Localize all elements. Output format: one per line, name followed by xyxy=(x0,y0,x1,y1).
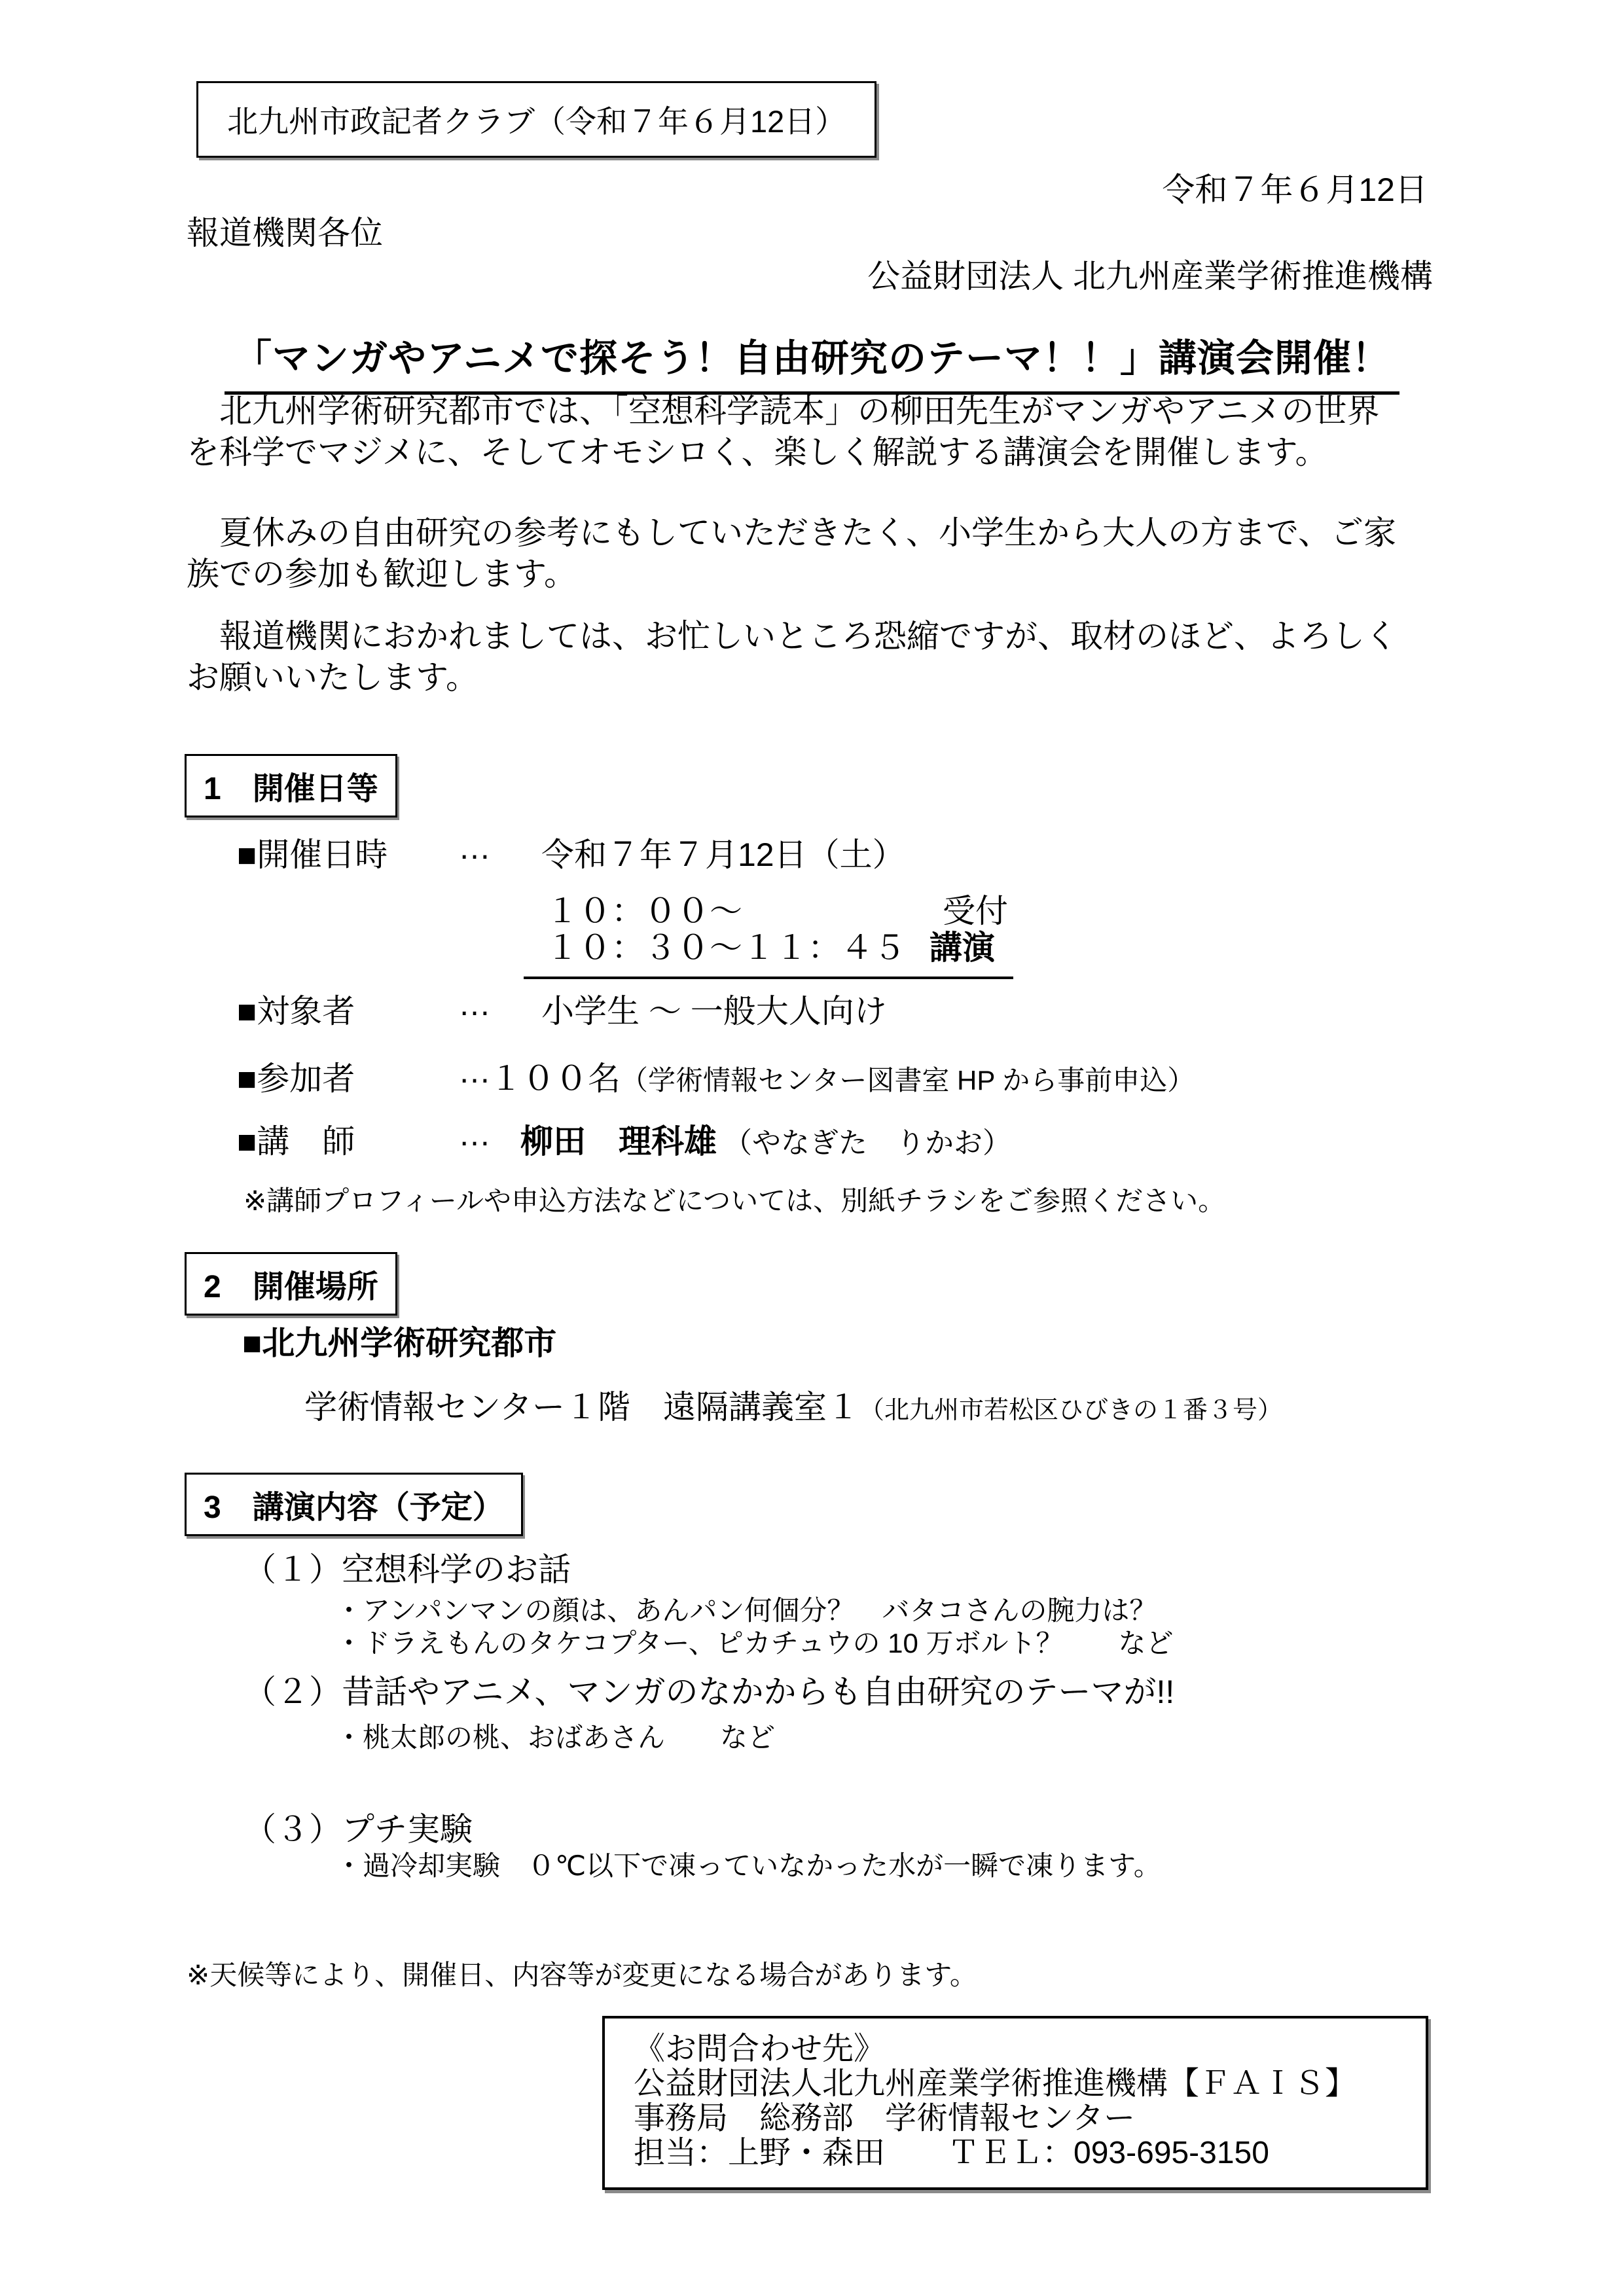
datetime-row: ■開催日時 … 令和７年７月12日（土） xyxy=(0,829,1624,869)
document-title: 「マンガやアニメで探そう！自由研究のテーマ！！」講演会開催！ xyxy=(225,327,1399,395)
lecturer-profile-note: ※講師プロフィールや申込方法などについては、別紙チラシをご参照ください。 xyxy=(244,1179,1225,1219)
venue-room: 学術情報センター１階 遠隔講義室１ xyxy=(304,1389,859,1426)
capacity-label: ■参加者 xyxy=(237,1052,355,1100)
program-item-1: （１）空想科学のお話 xyxy=(244,1543,571,1590)
lecturer-value-group: 柳田 理科雄（やなぎた りかお） xyxy=(520,1115,1011,1162)
program-item-2: （２）昔話やアニメ、マンガのなかからも自由研究のテーマが!! xyxy=(244,1666,1174,1713)
intro-paragraph-1: 北九州学術研究都市では、「空想科学読本」の柳田先生がマンガやアニメの世界 を科学… xyxy=(187,391,1456,473)
intro-paragraph-3: 報道機関におかれましては、お忙しいところ恐縮ですが、取材のほど、よろしく お願い… xyxy=(187,616,1456,698)
target-row: ■対象者 … 小学生 ～ 一般大人向け xyxy=(0,985,1624,1026)
lecture-label: 講演 xyxy=(929,929,995,966)
weather-change-note: ※天候等により、開催日、内容等が変更になる場合があります。 xyxy=(187,1954,977,1993)
document-title-row: 「マンガやアニメで探そう！自由研究のテーマ！！」講演会開催！ xyxy=(0,327,1624,395)
program-item-3: （３）プチ実験 xyxy=(244,1803,473,1850)
capacity-value: １００名 xyxy=(490,1060,621,1097)
venue-address: （北九州市若松区ひびきの１番３号） xyxy=(859,1397,1282,1424)
venue-name: ■北九州学術研究都市 xyxy=(242,1317,556,1364)
capacity-value-group: １００名（学術情報センター図書室 HP から事前申込） xyxy=(490,1052,1195,1100)
lecture-time-row: １０：３０～１１：４５講演 xyxy=(0,922,1624,962)
capacity-row: ■参加者 … １００名（学術情報センター図書室 HP から事前申込） xyxy=(0,1052,1624,1093)
reception-time-row: １０：００～ 受付 xyxy=(0,885,1624,925)
program-item-1-bullet-2: ・ドラえもんのタケコプター、ピカチュウの 10 万ボルト？ など xyxy=(335,1622,1174,1661)
lecture-time-underlined: １０：３０～１１：４５講演 xyxy=(524,922,1013,979)
datetime-ellipsis: … xyxy=(458,829,491,867)
lecturer-kana: （やなぎた りかお） xyxy=(723,1127,1011,1159)
datetime-label: ■開催日時 xyxy=(237,829,388,876)
issue-date: 令和７年６月12日 xyxy=(1162,164,1428,211)
target-value: 小学生 ～ 一般大人向け xyxy=(541,985,887,1032)
contact-organization: 公益財団法人北九州産業学術推進機構【ＦＡＩＳ】 xyxy=(634,2066,1407,2101)
capacity-note: （学術情報センター図書室 HP から事前申込） xyxy=(621,1065,1195,1096)
contact-heading: 《お問合わせ先》 xyxy=(634,2032,1407,2066)
lecturer-ellipsis: … xyxy=(458,1115,491,1153)
contact-department: 事務局 総務部 学術情報センター xyxy=(634,2101,1407,2136)
press-release-page: 北九州市政記者クラブ（令和７年６月12日） 令和７年６月12日 報道機関各位 公… xyxy=(0,0,1624,2296)
target-ellipsis: … xyxy=(458,985,491,1023)
target-label: ■対象者 xyxy=(237,985,355,1032)
lecturer-name: 柳田 理科雄 xyxy=(520,1123,717,1160)
program-item-3-bullet-1: ・過冷却実験 ０℃以下で凍っていなかった水が一瞬で凍ります。 xyxy=(335,1844,1161,1884)
section2-heading-box: 2 開催場所 xyxy=(185,1252,397,1316)
organization-line: 公益財団法人 北九州産業学術推進機構 xyxy=(867,250,1433,297)
lecturer-row: ■講 師 … 柳田 理科雄（やなぎた りかお） xyxy=(0,1115,1624,1156)
venue-room-row: 学術情報センター１階 遠隔講義室１（北九州市若松区ひびきの１番３号） xyxy=(304,1381,1282,1428)
program-item-2-bullet-1: ・桃太郎の桃、おばあさん など xyxy=(335,1716,775,1755)
intro-paragraph-2: 夏休みの自由研究の参考にもしていただきたく、小学生から大人の方まで、ご家 族での… xyxy=(187,512,1456,595)
section1-heading-box: 1 開催日等 xyxy=(185,754,397,817)
contact-box: 《お問合わせ先》 公益財団法人北九州産業学術推進機構【ＦＡＩＳ】 事務局 総務部… xyxy=(602,2016,1428,2190)
section3-heading-box: 3 講演内容（予定） xyxy=(185,1473,523,1536)
recipient-line: 報道機関各位 xyxy=(187,207,383,254)
capacity-ellipsis: … xyxy=(458,1052,491,1090)
lecture-time: １０：３０～１１：４５ xyxy=(546,929,906,966)
press-club-box: 北九州市政記者クラブ（令和７年６月12日） xyxy=(196,81,876,158)
lecturer-label: ■講 師 xyxy=(237,1115,355,1162)
datetime-value: 令和７年７月12日（土） xyxy=(541,829,905,876)
contact-person-tel: 担当：上野・森田 ＴＥＬ：093-695-3150 xyxy=(634,2136,1407,2170)
